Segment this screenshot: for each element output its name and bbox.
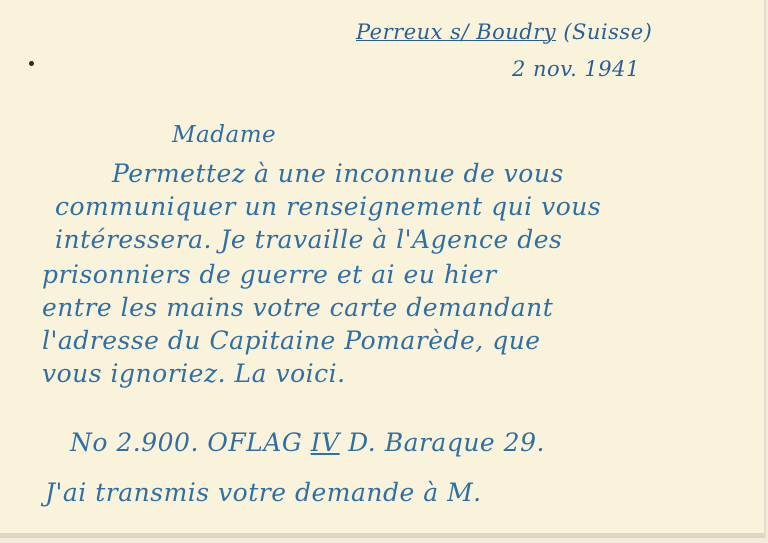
address-prefix: No 2.900. OFLAG	[70, 428, 311, 457]
closing-line: J'ai transmis votre demande à M.	[45, 478, 482, 507]
body-line: l'adresse du Capitaine Pomarède, que	[42, 326, 541, 355]
body-line: communiquer un renseignement qui vous	[55, 192, 601, 221]
place-country: (Suisse)	[556, 20, 652, 44]
postcard: Perreux s/ Boudry (Suisse) 2 nov. 1941 M…	[0, 0, 766, 538]
address-suffix: D. Baraque 29.	[340, 428, 545, 457]
body-line: prisonniers de guerre et ai eu hier	[42, 260, 497, 289]
body-line: intéressera. Je travaille à l'Agence des	[55, 225, 562, 254]
ink-spot	[29, 61, 34, 66]
header-date: 2 nov. 1941	[512, 57, 640, 81]
body-line: vous ignoriez. La voici.	[42, 359, 346, 388]
address-roman: IV	[311, 428, 340, 457]
body-line: Permettez à une inconnue de vous	[112, 159, 564, 188]
body-line: entre les mains votre carte demandant	[42, 293, 553, 322]
header-place: Perreux s/ Boudry (Suisse)	[356, 20, 652, 44]
place-name: Perreux s/ Boudry	[356, 20, 556, 44]
prisoner-address: No 2.900. OFLAG IV D. Baraque 29.	[70, 428, 545, 457]
salutation: Madame	[172, 122, 276, 148]
